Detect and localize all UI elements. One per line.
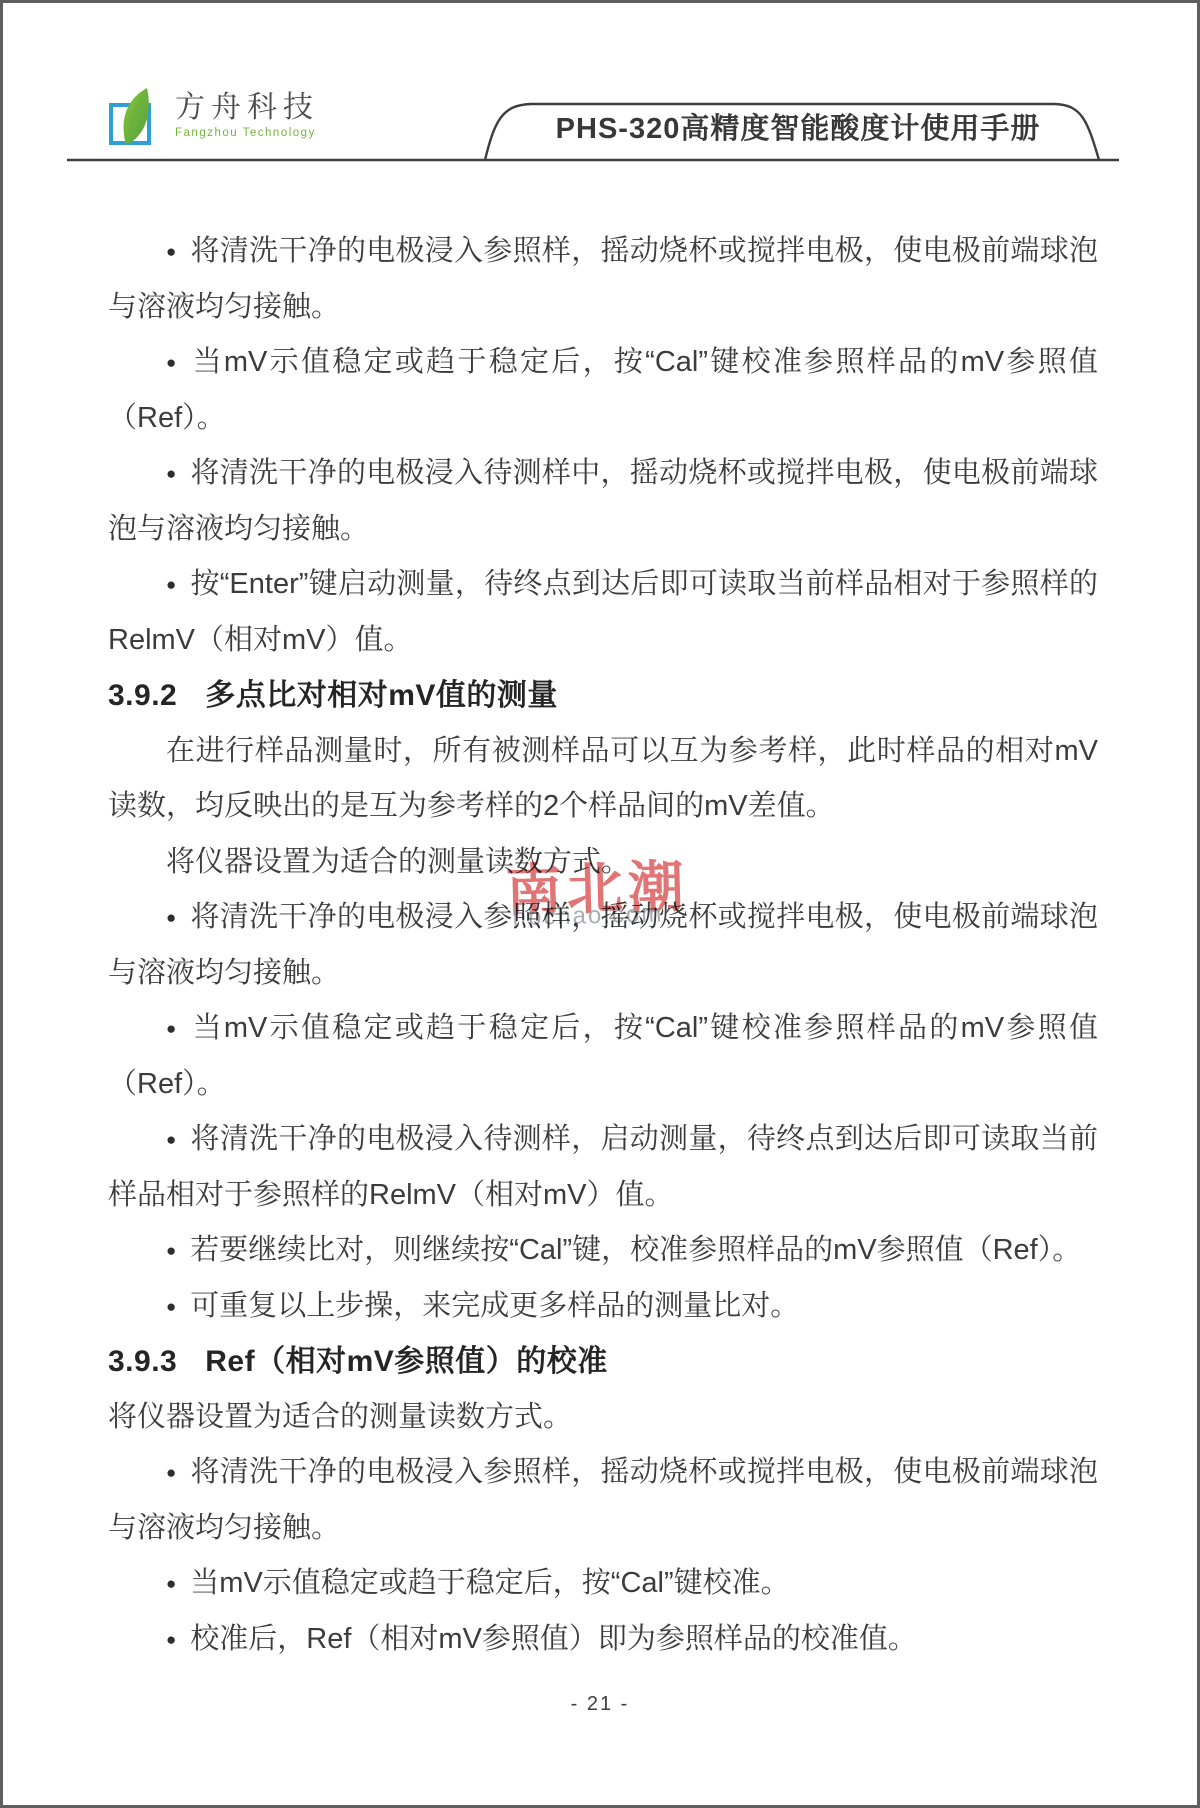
- page-title: PHS-320高精度智能酸度计使用手册: [485, 103, 1111, 155]
- bullet-icon: ●: [166, 224, 176, 280]
- paragraph: 将仪器设置为适合的测量读数方式。: [108, 835, 1098, 891]
- bullet-text: 当mV示值稳定或趋于稳定后，按“Cal”键校准参照样品的mV参照值（Ref）。: [108, 1012, 1098, 1100]
- bullet-item: ●将清洗干净的电极浸入参照样，摇动烧杯或搅拌电极，使电极前端球泡与溶液均匀接触。: [108, 224, 1098, 335]
- bullet-text: 将清洗干净的电极浸入参照样，摇动烧杯或搅拌电极，使电极前端球泡与溶液均匀接触。: [108, 1456, 1098, 1544]
- bullet-item: ●将清洗干净的电极浸入待测样中，摇动烧杯或搅拌电极，使电极前端球泡与溶液均匀接触…: [108, 446, 1098, 557]
- paragraph-text: 在进行样品测量时，所有被测样品可以互为参考样，此时样品的相对mV读数，均反映出的…: [108, 735, 1098, 823]
- page-header: 方舟科技 Fangzhou Technology PHS-320高精度智能酸度计…: [3, 3, 1197, 173]
- bullet-item: ●将清洗干净的电极浸入参照样，摇动烧杯或搅拌电极，使电极前端球泡与溶液均匀接触。: [108, 1445, 1098, 1556]
- bullet-item: ●将清洗干净的电极浸入待测样，启动测量，待终点到达后即可读取当前样品相对于参照样…: [108, 1112, 1098, 1223]
- bullet-item: ●若要继续比对，则继续按“Cal”键，校准参照样品的mV参照值（Ref）。: [108, 1223, 1098, 1279]
- bullet-text: 将清洗干净的电极浸入待测样，启动测量，待终点到达后即可读取当前样品相对于参照样的…: [108, 1123, 1098, 1211]
- manual-page: 方舟科技 Fangzhou Technology PHS-320高精度智能酸度计…: [0, 0, 1200, 1808]
- paragraph-text: 将仪器设置为适合的测量读数方式。: [108, 1401, 572, 1433]
- bullet-icon: ●: [166, 335, 176, 391]
- bullet-text: 将清洗干净的电极浸入参照样，摇动烧杯或搅拌电极，使电极前端球泡与溶液均匀接触。: [108, 235, 1098, 323]
- bullet-text: 校准后，Ref（相对mV参照值）即为参照样品的校准值。: [190, 1623, 917, 1655]
- bullet-item: ●可重复以上步操，来完成更多样品的测量比对。: [108, 1279, 1098, 1335]
- bullet-item: ●当mV示值稳定或趋于稳定后，按“Cal”键校准。: [108, 1556, 1098, 1612]
- paragraph-text: 将仪器设置为适合的测量读数方式。: [166, 846, 630, 878]
- heading-text: 多点比对相对mV值的测量: [205, 679, 558, 712]
- heading-number: 3.9.2: [108, 679, 177, 712]
- bullet-icon: ●: [166, 1279, 176, 1335]
- document-body: ●将清洗干净的电极浸入参照样，摇动烧杯或搅拌电极，使电极前端球泡与溶液均匀接触。…: [108, 224, 1098, 1667]
- bullet-text: 若要继续比对，则继续按“Cal”键，校准参照样品的mV参照值（Ref）。: [190, 1234, 1081, 1266]
- paragraph: 在进行样品测量时，所有被测样品可以互为参考样，此时样品的相对mV读数，均反映出的…: [108, 724, 1098, 835]
- bullet-icon: ●: [166, 1223, 176, 1279]
- bullet-item: ●当mV示值稳定或趋于稳定后，按“Cal”键校准参照样品的mV参照值（Ref）。: [108, 335, 1098, 446]
- bullet-icon: ●: [166, 1445, 176, 1501]
- bullet-item: ●将清洗干净的电极浸入参照样，摇动烧杯或搅拌电极，使电极前端球泡与溶液均匀接触。: [108, 890, 1098, 1001]
- page-footer: - 21 -: [3, 1693, 1197, 1716]
- bullet-icon: ●: [166, 557, 176, 613]
- bullet-text: 按“Enter”键启动测量，待终点到达后即可读取当前样品相对于参照样的RelmV…: [108, 568, 1098, 656]
- bullet-item: ●校准后，Ref（相对mV参照值）即为参照样品的校准值。: [108, 1612, 1098, 1668]
- bullet-text: 当mV示值稳定或趋于稳定后，按“Cal”键校准。: [190, 1567, 789, 1599]
- bullet-icon: ●: [166, 1001, 176, 1057]
- bullet-icon: ●: [166, 446, 176, 502]
- bullet-item: ●当mV示值稳定或趋于稳定后，按“Cal”键校准参照样品的mV参照值（Ref）。: [108, 1001, 1098, 1112]
- bullet-text: 当mV示值稳定或趋于稳定后，按“Cal”键校准参照样品的mV参照值（Ref）。: [108, 346, 1098, 434]
- section-heading-392: 3.9.2多点比对相对mV值的测量: [108, 668, 1098, 724]
- heading-number: 3.9.3: [108, 1345, 177, 1378]
- bullet-icon: ●: [166, 890, 176, 946]
- bullet-icon: ●: [166, 1112, 176, 1168]
- section-heading-393: 3.9.3Ref（相对mV参照值）的校准: [108, 1334, 1098, 1390]
- bullet-item: ●按“Enter”键启动测量，待终点到达后即可读取当前样品相对于参照样的Relm…: [108, 557, 1098, 668]
- bullet-text: 可重复以上步操，来完成更多样品的测量比对。: [190, 1290, 799, 1322]
- bullet-text: 将清洗干净的电极浸入待测样中，摇动烧杯或搅拌电极，使电极前端球泡与溶液均匀接触。: [108, 457, 1098, 545]
- page-number: - 21 -: [571, 1693, 630, 1715]
- heading-text: Ref（相对mV参照值）的校准: [205, 1345, 608, 1378]
- paragraph: 将仪器设置为适合的测量读数方式。: [108, 1390, 1098, 1446]
- bullet-text: 将清洗干净的电极浸入参照样，摇动烧杯或搅拌电极，使电极前端球泡与溶液均匀接触。: [108, 901, 1098, 989]
- bullet-icon: ●: [166, 1612, 176, 1668]
- bullet-icon: ●: [166, 1556, 176, 1612]
